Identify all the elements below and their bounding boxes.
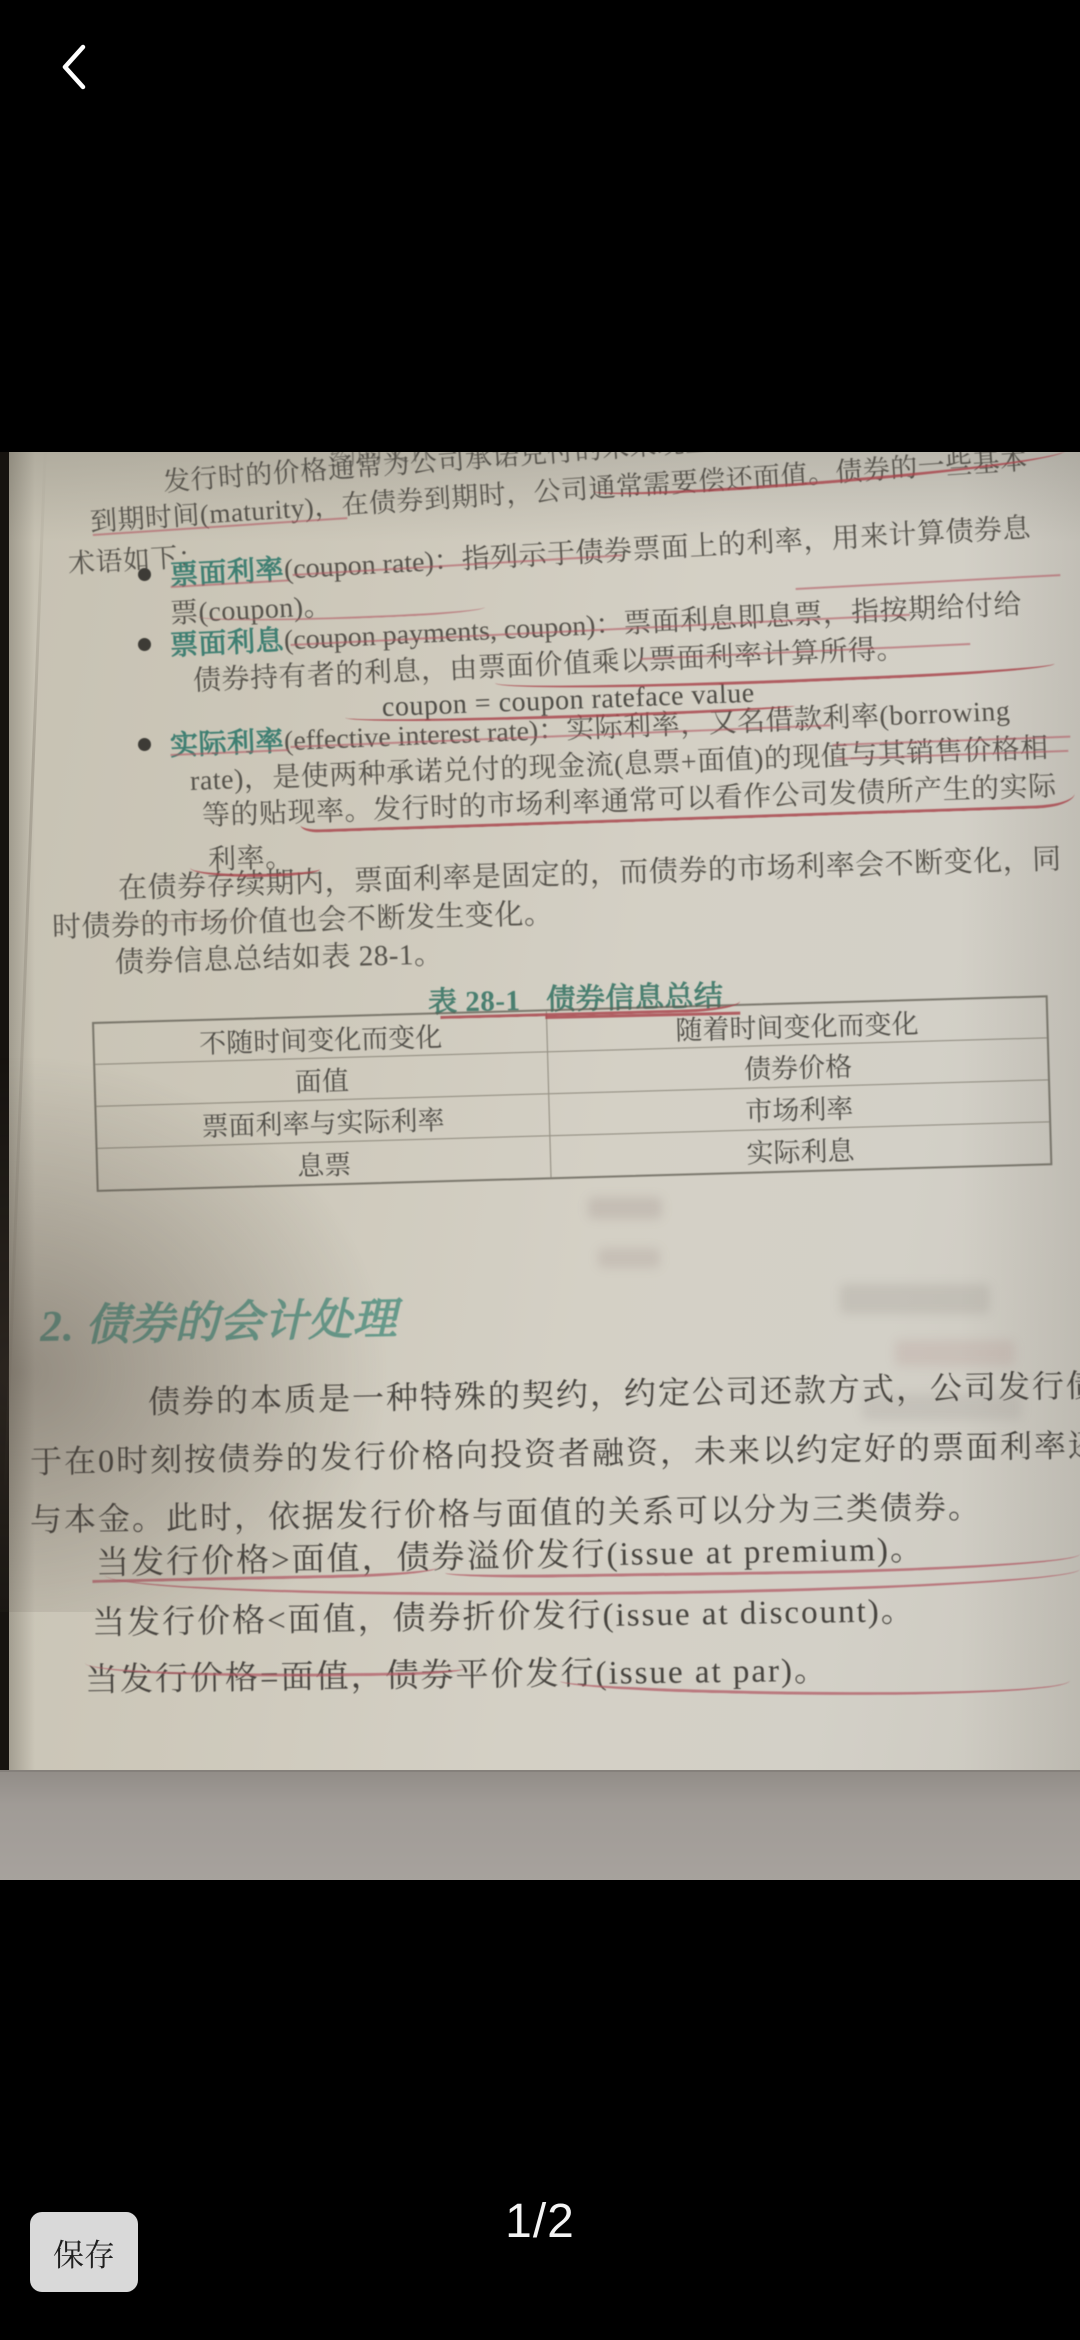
paragraph2: 债券信息总结如表 28-1。 (114, 931, 443, 981)
ghost-mark (840, 1284, 990, 1314)
section2-para-line2: 于在0时刻按债券的发行价格向投资者融资，未来以约定好的票面利率还息 (30, 1420, 1080, 1483)
photo-book-page[interactable]: 约的文件 发行时的价格通常为公司承诺兑付的未来现金流的现值。公司发行债券通常有 … (0, 452, 1080, 1880)
par-line: 当发行价格=面值，债券平价发行(issue at par)。 (85, 1644, 830, 1701)
bullet-text: 指列示于债券票面上的利率，用来计算债券息 (461, 513, 1032, 576)
section2-heading: 2. 债券的会计处理 (39, 1283, 397, 1354)
bond-summary-table: 不随时间变化而变化 随着时间变化而变化 面值 债券价格 票面利率与实际利率 市场… (92, 995, 1052, 1192)
ghost-mark (588, 1197, 662, 1219)
key-term-en: (coupon rate)： (283, 545, 462, 586)
bullet-dot (138, 738, 151, 751)
page-indicator: 1/2 (0, 2194, 1080, 2249)
photo-background-surface (0, 1770, 1080, 1880)
bullet-dot (138, 638, 151, 651)
bullet-dot (138, 568, 151, 581)
page-content: 约的文件 发行时的价格通常为公司承诺兑付的未来现金流的现值。公司发行债券通常有 … (0, 452, 1080, 1880)
ghost-mark (598, 1248, 660, 1268)
back-chevron-icon (59, 42, 89, 97)
discount-line: 当发行价格<面值，债券折价发行(issue at discount)。 (92, 1584, 916, 1644)
section2-para-line1: 债券的本质是一种特殊的契约，约定公司还款方式，公司发行债券，相 (148, 1359, 1080, 1423)
back-button[interactable] (44, 36, 104, 102)
image-viewer-screen: 约的文件 发行时的价格通常为公司承诺兑付的未来现金流的现值。公司发行债券通常有 … (0, 0, 1080, 2340)
